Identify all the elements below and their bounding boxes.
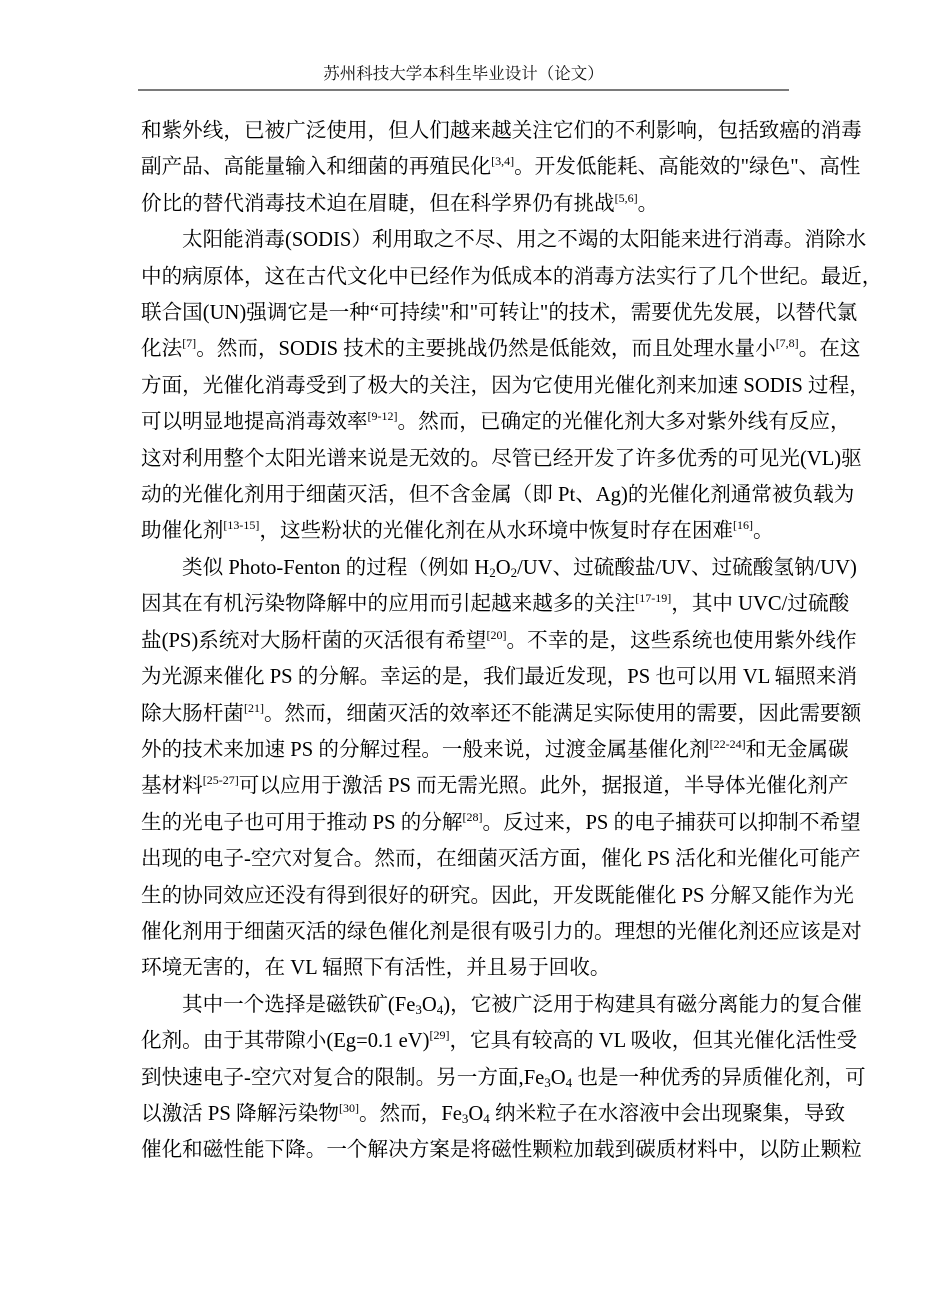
text-line: 到快速电子-空穴对复合的限制。另一方面,Fe3O4 也是一种优秀的异质催化剂，可: [141, 1060, 788, 1096]
citation: [9-12]: [368, 409, 398, 423]
header-rule: [138, 89, 789, 91]
citation: [17-19]: [635, 591, 671, 605]
text-line: 其中一个选择是磁铁矿(Fe3O4)，它被广泛用于构建具有磁分离能力的复合催: [141, 987, 788, 1023]
paragraph: 和紫外线，已被广泛使用，但人们越来越关注它们的不利影响，包括致癌的消毒 副产品、…: [141, 113, 788, 222]
paragraph: 其中一个选择是磁铁矿(Fe3O4)，它被广泛用于构建具有磁分离能力的复合催 化剂…: [141, 987, 788, 1169]
text-line: 化法[7]。然而，SODIS 技术的主要挑战仍然是低能效，而且处理水量小[7,8…: [141, 331, 788, 367]
paragraph: 类似 Photo-Fenton 的过程（例如 H2O2/UV、过硫酸盐/UV、过…: [141, 550, 788, 987]
page-header: 苏州科技大学本科生毕业设计（论文）: [138, 64, 789, 84]
text-line: 除大肠杆菌[21]。然而，细菌灭活的效率还不能满足实际使用的需要，因此需要额: [141, 696, 788, 732]
text-line: 环境无害的，在 VL 辐照下有活性，并且易于回收。: [141, 950, 788, 986]
citation: [29]: [429, 1028, 449, 1042]
text-line: 这对利用整个太阳光谱来说是无效的。尽管已经开发了许多优秀的可见光(VL)驱: [141, 441, 788, 477]
citation: [13-15]: [223, 518, 259, 532]
paragraph: 太阳能消毒(SODIS）利用取之不尽、用之不竭的太阳能来进行消毒。消除水 中的病…: [141, 222, 788, 550]
text-line: 外的技术来加速 PS 的分解过程。一般来说，过渡金属基催化剂[22-24]和无金…: [141, 732, 788, 768]
text-line: 动的光催化剂用于细菌灭活，但不含金属（即 Pt、Ag)的光催化剂通常被负载为: [141, 477, 788, 513]
text-line: 生的光电子也可用于推动 PS 的分解[28]。反过来，PS 的电子捕获可以抑制不…: [141, 805, 788, 841]
text-line: 联合国(UN)强调它是一种“可持续"和"可转让"的技术，需要优先发展，以替代氯: [141, 295, 788, 331]
text-line: 为光源来催化 PS 的分解。幸运的是，我们最近发现，PS 也可以用 VL 辐照来…: [141, 659, 788, 695]
citation: [7,8]: [776, 336, 799, 350]
text-line: 化剂。由于其带隙小(Eg=0.1 eV)[29]，它具有较高的 VL 吸收，但其…: [141, 1023, 788, 1059]
text-line: 方面，光催化消毒受到了极大的关注，因为它使用光催化剂来加速 SODIS 过程，: [141, 368, 788, 404]
text-line: 生的协同效应还没有得到很好的研究。因此，开发既能催化 PS 分解又能作为光: [141, 878, 788, 914]
citation: [30]: [339, 1101, 359, 1115]
citation: [3,4]: [491, 154, 514, 168]
text-line: 催化和磁性能下降。一个解决方案是将磁性颗粒加载到碳质材料中，以防止颗粒: [141, 1132, 788, 1168]
text-line: 中的病原体，这在古代文化中已经作为低成本的消毒方法实行了几个世纪。最近，: [141, 259, 788, 295]
text-line: 出现的电子-空穴对复合。然而，在细菌灭活方面，催化 PS 活化和光催化可能产: [141, 841, 788, 877]
text-line: 助催化剂[13-15]，这些粉状的光催化剂在从水环境中恢复时存在困难[16]。: [141, 513, 788, 549]
citation: [25-27]: [203, 773, 239, 787]
citation: [28]: [463, 810, 483, 824]
citation: [16]: [733, 518, 753, 532]
text-line: 盐(PS)系统对大肠杆菌的灭活很有希望[20]。不幸的是，这些系统也使用紫外线作: [141, 623, 788, 659]
text-line: 催化剂用于细菌灭活的绿色催化剂是很有吸引力的。理想的光催化剂还应该是对: [141, 914, 788, 950]
citation: [22-24]: [710, 737, 746, 751]
text-line: 以激活 PS 降解污染物[30]。然而，Fe3O4 纳米粒子在水溶液中会出现聚集…: [141, 1096, 788, 1132]
text-line: 类似 Photo-Fenton 的过程（例如 H2O2/UV、过硫酸盐/UV、过…: [141, 550, 788, 586]
text-line: 可以明显地提高消毒效率[9-12]。然而，已确定的光催化剂大多对紫外线有反应，: [141, 404, 788, 440]
citation: [7]: [182, 336, 196, 350]
text-line: 太阳能消毒(SODIS）利用取之不尽、用之不竭的太阳能来进行消毒。消除水: [141, 222, 788, 258]
text-line: 副产品、高能量输入和细菌的再殖民化[3,4]。开发低能耗、高能效的"绿色"、高性: [141, 149, 788, 185]
text-line: 因其在有机污染物降解中的应用而引起越来越多的关注[17-19]，其中 UVC/过…: [141, 586, 788, 622]
citation: [21]: [244, 701, 264, 715]
body-text: 和紫外线，已被广泛使用，但人们越来越关注它们的不利影响，包括致癌的消毒 副产品、…: [141, 113, 788, 1169]
text-line: 基材料[25-27]可以应用于激活 PS 而无需光照。此外，据报道，半导体光催化…: [141, 768, 788, 804]
citation: [20]: [487, 628, 507, 642]
citation: [5,6]: [615, 191, 638, 205]
text-line: 和紫外线，已被广泛使用，但人们越来越关注它们的不利影响，包括致癌的消毒: [141, 113, 788, 149]
text-line: 价比的替代消毒技术迫在眉睫，但在科学界仍有挑战[5,6]。: [141, 186, 788, 222]
